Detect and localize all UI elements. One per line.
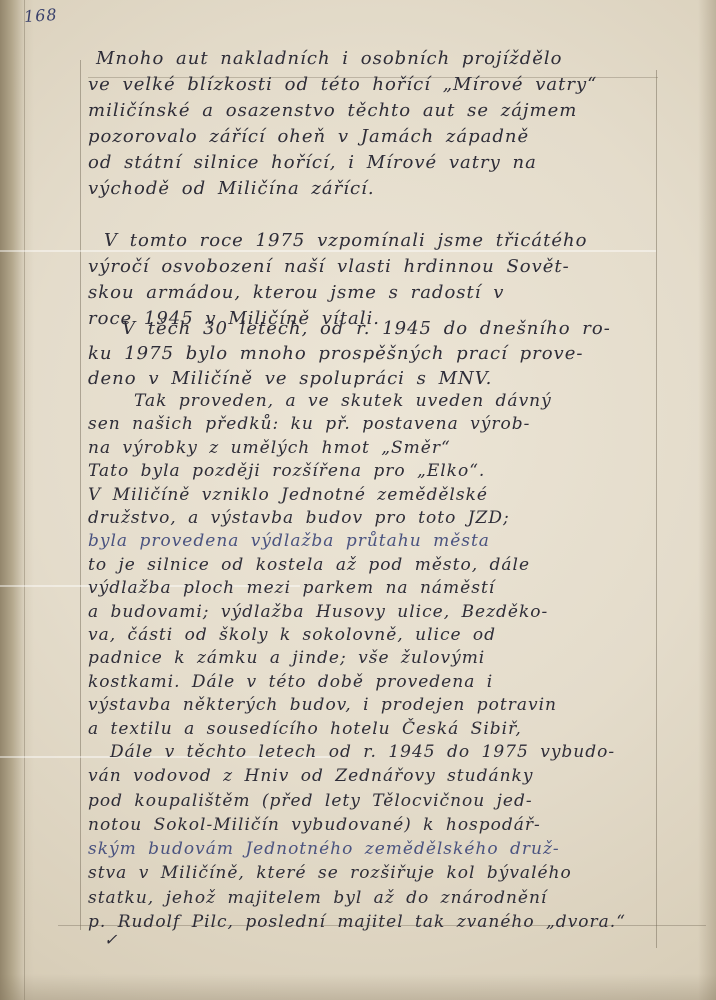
handwritten-line: padnice k zámku a jinde; vše žulovými	[88, 647, 692, 670]
handwritten-line: výročí osvobození naší vlasti hrdinnou S…	[88, 254, 692, 280]
handwritten-line: p. Rudolf Pilc, poslední majitel tak zva…	[88, 910, 692, 934]
pencil-margin-line-left	[80, 60, 81, 930]
checkmark-annotation: ✓	[104, 930, 118, 949]
page-number: 168	[23, 5, 58, 26]
handwritten-line: výdlažba ploch mezi parkem na náměstí	[88, 577, 692, 600]
handwritten-line: Dále v těchto letech od r. 1945 do 1975 …	[88, 740, 692, 764]
handwritten-line: pod koupalištěm (před lety Tělocvičnou j…	[88, 789, 692, 813]
handwritten-line: stva v Miličíně, které se rozšiřuje kol …	[88, 861, 692, 885]
handwritten-line: notou Sokol-Miličín vybudované) k hospod…	[88, 813, 692, 837]
paragraph-waterworks-jzd: Dále v těchto letech od r. 1945 do 1975 …	[88, 740, 692, 934]
handwritten-line: va, části od školy k sokolovně, ulice od	[88, 624, 692, 647]
handwritten-line: výstavba některých budov, i prodejen pot…	[88, 694, 692, 717]
handwritten-line: deno v Miličíně ve spolupráci s MNV.	[88, 366, 692, 391]
handwritten-line: ve velké blízkosti od této hořící „Mírov…	[88, 72, 692, 98]
page-binding-shadow	[0, 0, 34, 1000]
handwritten-line: kostkami. Dále v této době provedena i	[88, 671, 692, 694]
handwritten-line: družstvo, a výstavba budov pro toto JZD;	[88, 507, 692, 530]
chronicle-page-scan: 168 Mnoho aut nakladních i osobních proj…	[0, 0, 716, 1000]
handwritten-line: ským budovám Jednotného zemědělského dru…	[88, 837, 692, 861]
handwritten-line: miličínské a osazenstvo těchto aut se zá…	[88, 98, 692, 124]
handwritten-line: V Miličíně vzniklo Jednotné zemědělské	[88, 484, 692, 507]
handwritten-line: skou armádou, kterou jsme s radostí v	[88, 280, 692, 306]
handwritten-line: a budovami; výdlažba Husovy ulice, Bezdě…	[88, 601, 692, 624]
handwritten-line: a textilu a sousedícího hotelu Česká Sib…	[88, 718, 692, 741]
page-edge-shadow-right	[698, 0, 716, 1000]
page-fold-line	[24, 0, 25, 1000]
paragraph-peace-bonfire: Mnoho aut nakladních i osobních projíždě…	[88, 46, 692, 202]
handwritten-line: ván vodovod z Hniv od Zednářovy studánky	[88, 764, 692, 788]
handwritten-line: statku, jehož majitelem byl až do znárod…	[88, 886, 692, 910]
handwritten-line: Tak proveden, a ve skutek uveden dávný	[88, 390, 692, 413]
paragraph-thirty-years: V těch 30 letech, od r. 1945 do dnešního…	[88, 316, 692, 391]
handwritten-line: pozorovalo zářící oheň v Jamách západně	[88, 124, 692, 150]
handwritten-line: to je silnice od kostela až pod město, d…	[88, 554, 692, 577]
handwritten-line: ku 1975 bylo mnoho prospěšných prací pro…	[88, 341, 692, 366]
handwritten-line: na výrobky z umělých hmot „Směr“	[88, 437, 692, 460]
paragraph-town-improvements: Tak proveden, a ve skutek uveden dávný s…	[88, 390, 692, 741]
handwritten-line: V těch 30 letech, od r. 1945 do dnešního…	[88, 316, 692, 341]
handwritten-line: sen našich předků: ku př. postavena výro…	[88, 413, 692, 436]
handwritten-line: od státní silnice hořící, i Mírové vatry…	[88, 150, 692, 176]
handwritten-line: V tomto roce 1975 vzpomínali jsme třicát…	[88, 228, 692, 254]
page-edge-shadow-bottom	[0, 974, 716, 1000]
handwritten-line: Tato byla později rozšířena pro „Elko“.	[88, 460, 692, 483]
handwritten-line: východě od Miličína zářící.	[88, 176, 692, 202]
handwritten-line: byla provedena výdlažba průtahu města	[88, 530, 692, 553]
handwritten-line: Mnoho aut nakladních i osobních projíždě…	[88, 46, 692, 72]
